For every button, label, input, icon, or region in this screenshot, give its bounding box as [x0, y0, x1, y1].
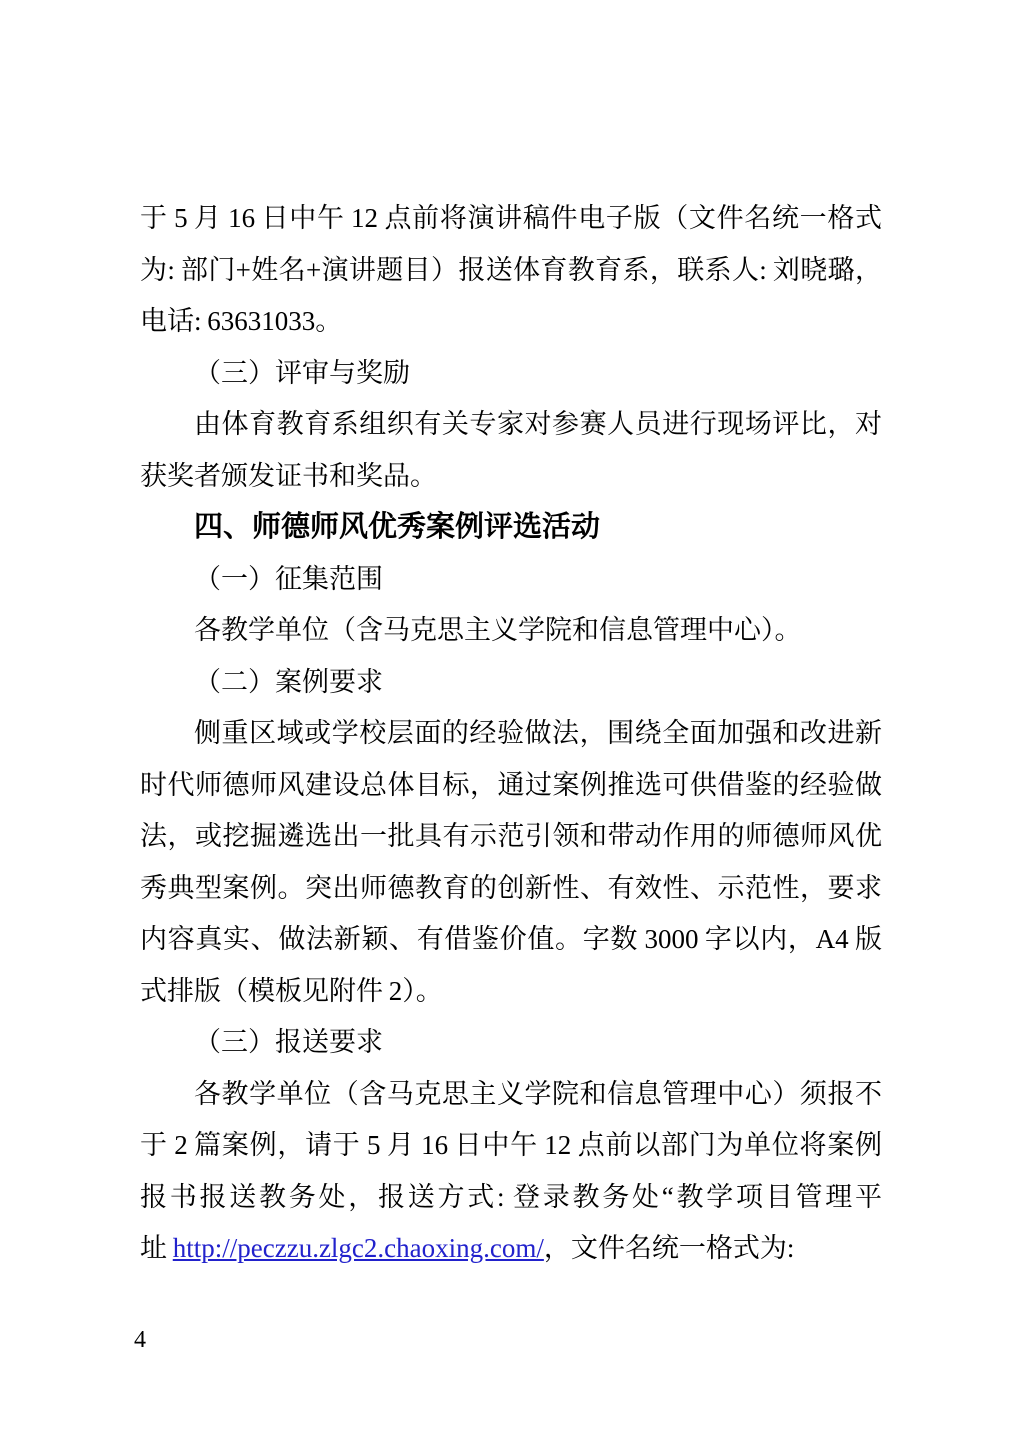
text-line: 获奖者颁发证书和奖品。: [140, 451, 882, 503]
text-line: 电话: 63631033。: [140, 296, 882, 348]
page-number: 4: [134, 1326, 146, 1354]
text-line: 时代师德师风建设总体目标，通过案例推选可供借鉴的经验做: [140, 760, 882, 812]
text-line: 为: 部门+姓名+演讲题目）报送体育教育系，联系人: 刘晓璐，: [140, 245, 882, 297]
paragraph-case-requirements-body: 侧重区域或学校层面的经验做法，围绕全面加强和改进新时代师德师风建设总体目标，通过…: [140, 708, 882, 1017]
text-line: 式排版（模板见附件 2）。: [140, 966, 882, 1018]
text-line: （二）案例要求: [140, 657, 882, 709]
paragraph-submission-requirements-body: 各教学单位（含马克思主义学院和信息管理中心）须报不少于 2 篇案例，请于 5 月…: [140, 1069, 882, 1275]
paragraph-continuation-speech-submission: 于 5 月 16 日中午 12 点前将演讲稿件电子版（文件名统一格式为: 部门+…: [140, 193, 882, 348]
text-line: 侧重区域或学校层面的经验做法，围绕全面加强和改进新: [140, 708, 882, 760]
paragraph-review-awards-body: 由体育教育系组织有关专家对参赛人员进行现场评比，对获奖者颁发证书和奖品。: [140, 399, 882, 502]
text-line: 于 2 篇案例，请于 5 月 16 日中午 12 点前以部门为单位将案例申: [140, 1120, 882, 1172]
document-page: { "page": { "number": "4" }, "colors": {…: [0, 0, 1024, 1448]
hyperlink[interactable]: http://peczzu.zlgc2.chaoxing.com/: [173, 1223, 544, 1275]
subheading-1-collection-scope: （一）征集范围: [140, 554, 882, 606]
heading-4-shide-case-selection: 四、师德师风优秀案例评选活动: [140, 502, 882, 554]
text-line: 由体育教育系组织有关专家对参赛人员进行现场评比，对: [140, 399, 882, 451]
text-line: 报书报送教务处，报送方式: 登录教务处“教学项目管理平台”（网: [140, 1172, 882, 1224]
text-segment: 址: [140, 1233, 173, 1263]
text-line: （三）评审与奖励: [140, 348, 882, 400]
text-line: 址 http://peczzu.zlgc2.chaoxing.com/，文件名统…: [140, 1223, 882, 1275]
subheading-2-case-requirements: （二）案例要求: [140, 657, 882, 709]
text-line: 秀典型案例。突出师德教育的创新性、有效性、示范性，要求: [140, 863, 882, 915]
text-line: 法，或挖掘遴选出一批具有示范引领和带动作用的师德师风优: [140, 811, 882, 863]
text-line: （三）报送要求: [140, 1017, 882, 1069]
text-segment: ，文件名统一格式为:: [544, 1233, 795, 1263]
subheading-3-review-awards: （三）评审与奖励: [140, 348, 882, 400]
text-line: 内容真实、做法新颖、有借鉴价值。字数 3000 字以内，A4 版: [140, 914, 882, 966]
text-line: 于 5 月 16 日中午 12 点前将演讲稿件电子版（文件名统一格式: [140, 193, 882, 245]
paragraph-collection-scope-body: 各教学单位（含马克思主义学院和信息管理中心）。: [140, 605, 882, 657]
text-line: 各教学单位（含马克思主义学院和信息管理中心）须报不少: [140, 1069, 882, 1121]
text-line: （一）征集范围: [140, 554, 882, 606]
text-line: 四、师德师风优秀案例评选活动: [140, 502, 882, 554]
text-line: 各教学单位（含马克思主义学院和信息管理中心）。: [140, 605, 882, 657]
document-content: 于 5 月 16 日中午 12 点前将演讲稿件电子版（文件名统一格式为: 部门+…: [140, 193, 882, 1275]
subheading-3-submission-requirements: （三）报送要求: [140, 1017, 882, 1069]
